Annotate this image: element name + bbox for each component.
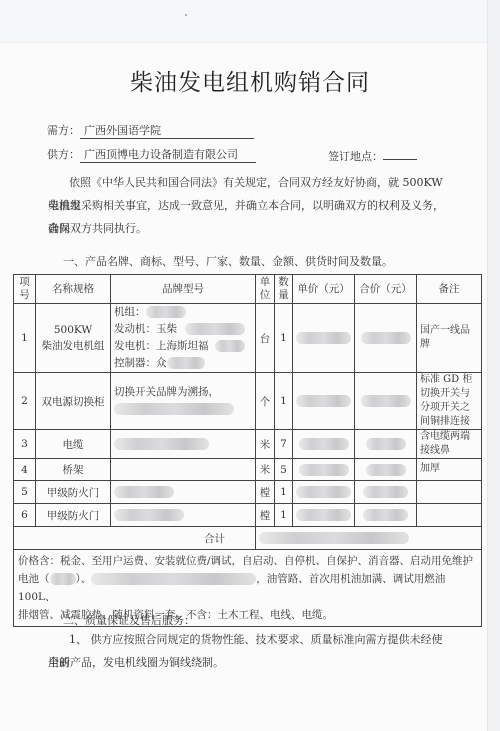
row-name: 桥架	[36, 459, 111, 481]
row-remark: 加厚	[417, 459, 482, 481]
row-unit-price	[293, 304, 355, 373]
row-name: 电缆	[36, 430, 111, 459]
row-remark: 国产一线品牌	[417, 304, 482, 373]
row-no: 1	[14, 304, 36, 373]
section-1-title: 一、产品名牌、商标、型号、厂家、数量、金额、供货时间及数量。	[63, 253, 393, 269]
redacted-block	[146, 306, 186, 318]
brand-line: 控制器：众	[114, 357, 167, 369]
redacted-block	[363, 486, 408, 498]
header-unit-price: 单价（元）	[293, 275, 355, 304]
header-brand: 品牌型号	[111, 275, 256, 304]
supplier-label: 供方：	[47, 148, 80, 161]
row-remark	[417, 481, 482, 504]
row-brand: 切换开关品牌为溯扬，	[111, 373, 256, 430]
row-no: 5	[14, 481, 36, 504]
row-remark: 标准 GD 柜切换开关与分项开关之间铜排连接	[417, 373, 482, 430]
row-no: 4	[14, 459, 36, 481]
product-table: 项号 名称规格 品牌型号 单位 数量 单价（元） 合价（元） 备注 1 500K…	[13, 274, 482, 627]
signing-place-value	[383, 146, 417, 160]
redacted-block	[366, 464, 406, 476]
redacted-block	[296, 509, 351, 521]
brand-line: 切换开关品牌为溯扬，	[114, 384, 252, 401]
redacted-block	[185, 323, 245, 335]
row-unit-price	[293, 430, 355, 459]
row-total-price	[355, 430, 417, 459]
row-total-price	[355, 304, 417, 373]
signing-place-line: 签订地点：	[328, 146, 417, 164]
row-no: 3	[14, 430, 36, 459]
row-unit: 米	[256, 459, 275, 481]
section-2-title: 二、质量保证及售后服务：	[63, 612, 195, 628]
redacted-block	[363, 509, 408, 521]
header-unit: 单位	[256, 275, 275, 304]
redacted-block	[259, 532, 409, 544]
row-brand	[111, 504, 256, 527]
table-row: 4 桥架 米 5 加厚	[14, 459, 482, 481]
redacted-block	[91, 573, 256, 585]
row-name: 甲级防火门	[36, 504, 111, 527]
redacted-block	[296, 395, 351, 407]
row-unit-price	[293, 373, 355, 430]
row-remark	[417, 504, 482, 527]
price-note-line-1: 价格含：税金、至用户运费、安装就位费/调试，自启动、自停机、自保护、消音器、启动…	[18, 552, 477, 570]
redacted-block	[114, 509, 184, 521]
row-unit-price	[293, 504, 355, 527]
redacted-block	[366, 438, 406, 450]
row-qty: 5	[275, 459, 293, 481]
redacted-block	[296, 332, 351, 344]
buyer-label: 需方：	[47, 124, 80, 137]
intro-line-3: 合同双方共同执行。	[48, 217, 448, 240]
row-unit-price	[293, 459, 355, 481]
redacted-block	[361, 395, 411, 407]
header-name: 名称规格	[36, 275, 111, 304]
row-unit: 个	[256, 373, 275, 430]
row-remark: 含电缆两端接线鼻	[417, 430, 482, 459]
row-qty: 1	[275, 373, 293, 430]
price-note-part: ）、	[76, 573, 92, 585]
signing-place-label: 签订地点：	[328, 150, 383, 163]
price-note-line-2: 电池（）、，油管路、首次用机油加满、调试用燃油 100L、	[18, 570, 477, 606]
redacted-block	[114, 438, 209, 450]
row-name: 双电源切换柜	[36, 373, 111, 430]
header-remark: 备注	[417, 275, 482, 304]
table-row: 3 电缆 米 7 含电缆两端接线鼻	[14, 430, 482, 459]
total-value-cell	[256, 527, 482, 550]
brand-line: 发电机：上海斯坦福	[114, 340, 209, 352]
redacted-block	[215, 340, 245, 352]
total-label: 合计	[204, 533, 225, 545]
header-no: 项号	[14, 275, 36, 304]
row-name-line1: 500KW	[39, 322, 107, 338]
row-qty: 7	[275, 430, 293, 459]
price-note-part: 电池（	[18, 573, 50, 585]
row-qty: 1	[275, 504, 293, 527]
scan-right-margin	[487, 0, 500, 731]
redacted-block	[361, 332, 411, 344]
table-row: 2 双电源切换柜 切换开关品牌为溯扬， 个 1 标准 GD 柜切换开关与分项开关…	[14, 373, 482, 430]
header-qty: 数量	[275, 275, 293, 304]
redacted-block	[299, 464, 349, 476]
scan-top-margin	[0, 0, 500, 43]
row-qty: 1	[275, 481, 293, 504]
row-total-price	[355, 504, 417, 527]
brand-line: 机组：	[114, 306, 146, 318]
row-brand	[111, 459, 256, 481]
row-unit: 樘	[256, 481, 275, 504]
row-unit: 樘	[256, 504, 275, 527]
scan-speck	[185, 14, 187, 16]
header-total-price: 合价（元）	[355, 275, 417, 304]
buyer-line: 需方：广西外国语学院	[47, 122, 254, 139]
row-total-price	[355, 481, 417, 504]
redacted-block	[167, 357, 205, 369]
redacted-block	[114, 486, 174, 498]
redacted-block	[50, 573, 76, 585]
table-row: 6 甲级防火门 樘 1	[14, 504, 482, 527]
supplier-value: 广西顶博电力设备制造有限公司	[80, 146, 256, 163]
row-total-price	[355, 373, 417, 430]
table-total-row: 合计	[14, 527, 482, 550]
row-no: 2	[14, 373, 36, 430]
row-brand	[111, 481, 256, 504]
row-unit: 台	[256, 304, 275, 373]
total-label-cell: 合计	[14, 527, 256, 550]
table-row: 5 甲级防火门 樘 1	[14, 481, 482, 504]
table-header-row: 项号 名称规格 品牌型号 单位 数量 单价（元） 合价（元） 备注	[14, 275, 482, 304]
row-name: 甲级防火门	[36, 481, 111, 504]
table-row: 1 500KW 柴油发电机组 机组： 发动机：玉柴 发电机：上海斯坦福 控制器：…	[14, 304, 482, 373]
row-brand: 机组： 发动机：玉柴 发电机：上海斯坦福 控制器：众	[111, 304, 256, 373]
row-brand	[111, 430, 256, 459]
row-total-price	[355, 459, 417, 481]
brand-line: 发动机：玉柴	[114, 323, 177, 335]
row-name-line2: 柴油发电机组	[39, 338, 107, 354]
redacted-block	[296, 486, 351, 498]
supplier-line: 供方：广西顶博电力设备制造有限公司	[47, 146, 256, 163]
row-name: 500KW 柴油发电机组	[36, 304, 111, 373]
redacted-block	[114, 403, 234, 415]
row-no: 6	[14, 504, 36, 527]
row-qty: 1	[275, 304, 293, 373]
row-unit: 米	[256, 430, 275, 459]
redacted-block	[299, 438, 349, 450]
clause-1-line-2: 全新产品，发电机线圈为铜线绕制。	[48, 651, 448, 674]
buyer-value: 广西外国语学院	[80, 122, 254, 139]
contract-title: 柴油发电组机购销合同	[0, 64, 500, 97]
row-unit-price	[293, 481, 355, 504]
